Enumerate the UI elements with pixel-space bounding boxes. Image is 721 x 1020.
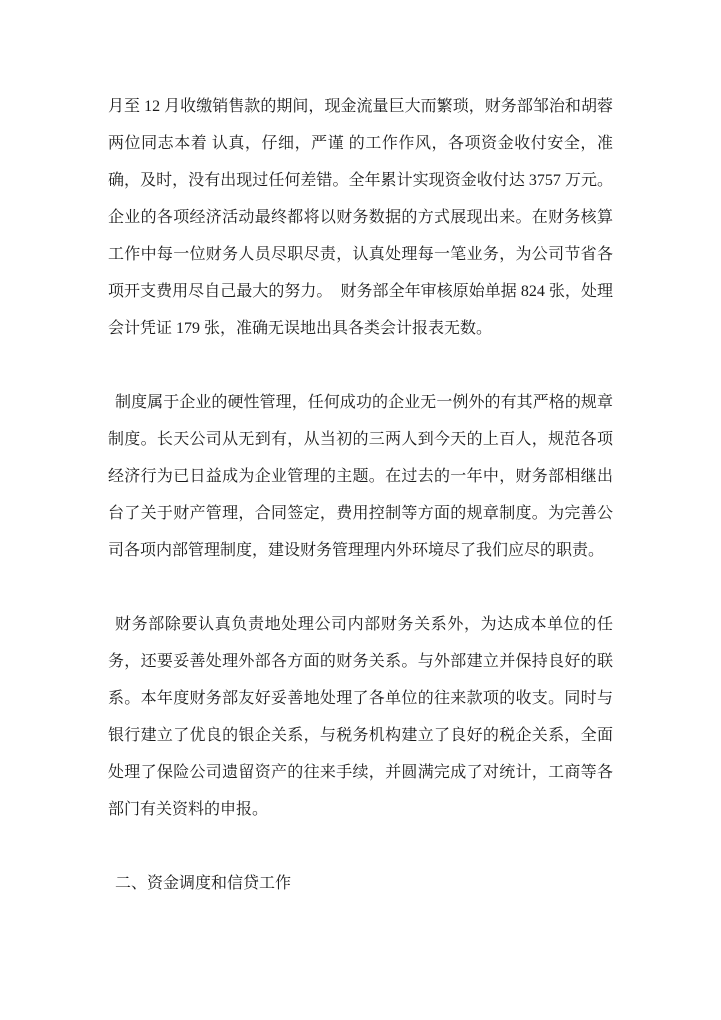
paragraph-rules-regulations: 制度属于企业的硬性管理，任何成功的企业无一例外的有其严格的规章制度。长天公司从无… [108, 384, 613, 569]
document-body: 月至 12 月收缴销售款的期间，现金流量巨大而繁琐，财务部邹治和胡蓉两位同志本着… [108, 88, 613, 902]
document-page: 月至 12 月收缴销售款的期间，现金流量巨大而繁琐，财务部邹治和胡蓉两位同志本着… [0, 0, 721, 1020]
paragraph-external-relations: 财务部除要认真负责地处理公司内部财务关系外，为达成本单位的任务，还要妥善处理外部… [108, 606, 613, 828]
paragraph-cash-collection-accounting: 月至 12 月收缴销售款的期间，现金流量巨大而繁琐，财务部邹治和胡蓉两位同志本着… [108, 88, 613, 347]
section-heading-funds-credit: 二、资金调度和信贷工作 [108, 865, 613, 902]
